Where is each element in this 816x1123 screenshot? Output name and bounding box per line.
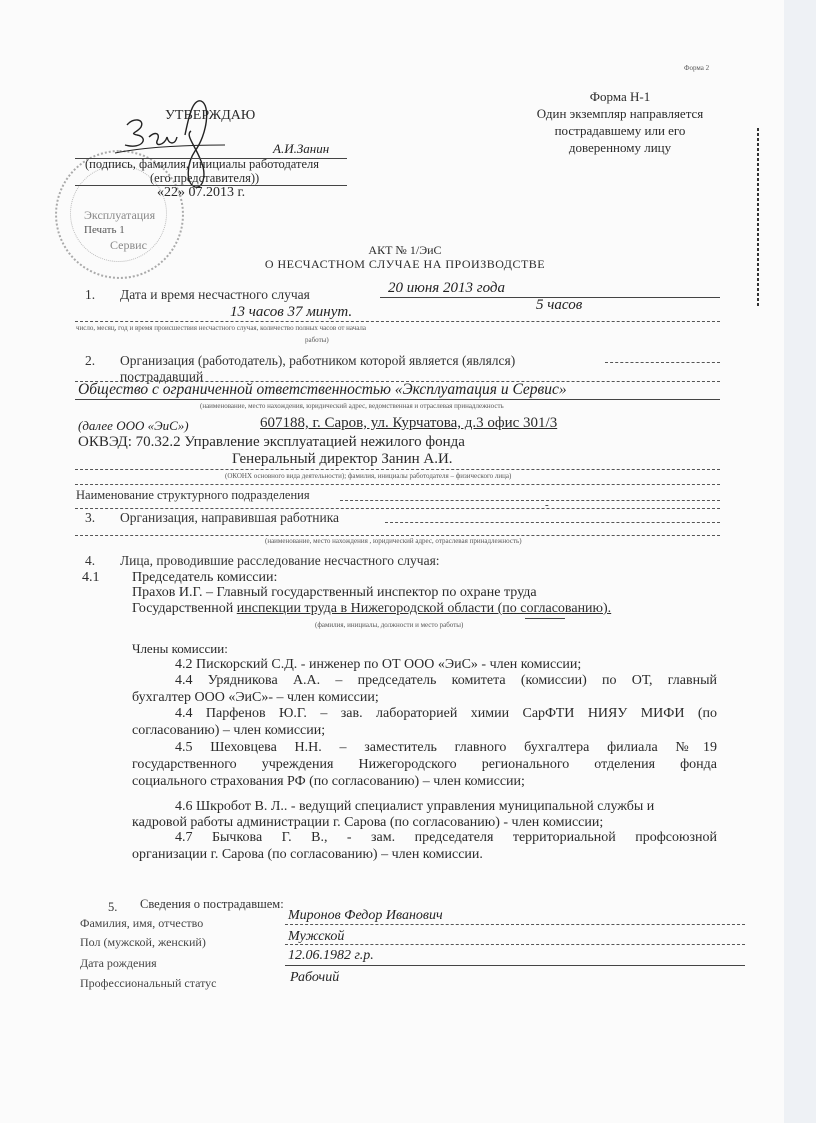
- section3-top-line: [75, 508, 720, 509]
- member-4-6-line1: 4.6 Шкробот В. Л.. - ведущий специалист …: [175, 799, 654, 815]
- victim-name-value: Миронов Федор Иванович: [288, 908, 443, 924]
- member-4-5-line1: 4.5 Шеховцева Н.Н. – заместитель главног…: [175, 740, 717, 756]
- chair-caption: (фамилия, инициалы, должности и место ра…: [315, 621, 463, 629]
- section2-number: 2.: [85, 353, 95, 369]
- section3-mark: -: [545, 499, 549, 511]
- subdivision-label: Наименование структурного подразделения: [76, 488, 310, 503]
- member-4-5-line3: социального страхования РФ (по согласова…: [132, 774, 525, 790]
- time-line: [75, 321, 720, 322]
- member-4-7-line1: 4.7 Бычкова Г. В., - зам. председателя т…: [175, 830, 717, 846]
- section5-number: 5.: [108, 900, 117, 915]
- section2-label-1: Организация (работодатель), работником к…: [120, 353, 515, 369]
- form-small-label: Форма 2: [684, 64, 709, 72]
- org-address: 607188, г. Саров, ул. Курчатова, д.3 офи…: [260, 415, 557, 432]
- section1-caption-2: работы): [305, 336, 329, 344]
- member-4-4b-line1: 4.4 Парфенов Ю.Г. – зав. лабораторией хи…: [175, 706, 717, 722]
- member-4-5-line2: государственного учреждения Нижегородско…: [132, 757, 717, 773]
- org-name: Общество с ограниченной ответственностью…: [78, 381, 567, 399]
- victim-gender-label: Пол (мужской, женский): [80, 935, 206, 950]
- scan-edge: [784, 0, 816, 1123]
- section1-number: 1.: [85, 287, 95, 303]
- act-subject: О НЕСЧАСТНОМ СЛУЧАЕ НА ПРОИЗВОДСТВЕ: [210, 257, 600, 272]
- okved-line: ОКВЭД: 70.32.2 Управление эксплуатацией …: [78, 434, 465, 451]
- section4-number: 4.: [85, 553, 95, 569]
- victim-status-value: Рабочий: [290, 970, 339, 986]
- victim-birthdate-label: Дата рождения: [80, 956, 157, 971]
- document-page: Форма 2 Форма Н-1 Один экземпляр направл…: [0, 0, 816, 1123]
- section5-label: Сведения о пострадавшем:: [140, 897, 284, 912]
- section4-sub-number: 4.1: [82, 570, 100, 586]
- scan-edge-mark: [757, 128, 759, 306]
- accident-date: 20 июня 2013 года: [388, 280, 505, 297]
- member-4-4a-line2: бухгалтер ООО «ЭиС»- – член комиссии;: [132, 690, 379, 706]
- section3-label: Организация, направившая работника: [120, 510, 339, 526]
- victim-gender-line: [285, 944, 745, 945]
- approval-date: «22» 07.2013 г.: [157, 185, 245, 201]
- member-4-4b-line2: согласованию) – член комиссии;: [132, 723, 325, 739]
- hours-worked: 5 часов: [536, 297, 582, 314]
- chair-label: Председатель комиссии:: [132, 570, 277, 586]
- chair-underline: [525, 618, 565, 619]
- section1-caption-1: число, месяц, год и время происшествия н…: [76, 324, 366, 332]
- approval-signer: А.И.Занин: [273, 141, 329, 157]
- chair-line-2: Государственной инспекции труда в Нижего…: [132, 601, 611, 617]
- director-underline: [75, 469, 720, 470]
- subdivision-line: [340, 500, 720, 501]
- section3-bottom-line: [75, 535, 720, 536]
- act-number: АКТ № 1/ЭиС: [210, 243, 600, 258]
- member-4-2: 4.2 Пискорский С.Д. - инженер по ОТ ООО …: [175, 657, 581, 673]
- distribution-line-2: пострадавшему или его: [515, 122, 725, 139]
- section2-caption-1: (наименование, место нахождения, юридиче…: [200, 402, 504, 410]
- chair-line-2b: инспекции труда в Нижегородской области …: [237, 601, 611, 616]
- section3-caption: (наименование, место нахождения , юридич…: [265, 537, 522, 545]
- section2-caption-2: (ОКОНХ основного вида деятельности); фам…: [225, 472, 511, 480]
- section1-label: Дата и время несчастного случая: [120, 287, 310, 303]
- members-label: Члены комиссии:: [132, 641, 228, 657]
- accident-time: 13 часов 37 минут.: [230, 304, 352, 321]
- org-name-line: [75, 399, 720, 400]
- section2-line-3: [75, 484, 720, 485]
- victim-birthdate-value: 12.06.1982 г.р.: [288, 948, 374, 964]
- director-line: Генеральный директор Занин А.И.: [232, 451, 453, 468]
- chair-line-1: Прахов И.Г. – Главный государственный ин…: [132, 585, 537, 601]
- distribution-line-1: Один экземпляр направляется: [515, 105, 725, 122]
- section3-line: [385, 522, 720, 523]
- chair-line-2a: Государственной: [132, 601, 237, 616]
- distribution-line-3: доверенному лицу: [515, 139, 725, 156]
- approval-caption-2: (его представителя)): [150, 171, 259, 186]
- member-4-7-line2: организации г. Сарова (по согласованию) …: [132, 847, 483, 863]
- stamp-text-3: Сервис: [110, 238, 147, 253]
- victim-status-label: Профессиональный статус: [80, 976, 217, 991]
- victim-gender-value: Мужской: [288, 929, 344, 945]
- org-short-name: (далее ООО «ЭиС»): [78, 418, 189, 434]
- victim-name-line: [285, 924, 745, 925]
- member-4-4a-line1: 4.4 Урядникова А.А. – председатель комит…: [175, 673, 717, 689]
- member-4-6-line2: кадровой работы администрации г. Сарова …: [132, 815, 603, 831]
- form-code: Форма Н-1: [515, 88, 725, 105]
- victim-name-label: Фамилия, имя, отчество: [80, 916, 203, 931]
- section2-line-1: [605, 362, 720, 363]
- victim-birthdate-line: [285, 965, 745, 966]
- stamp-text-2: Печать 1: [84, 224, 125, 236]
- form-info-block: Форма Н-1 Один экземпляр направляется по…: [515, 88, 725, 156]
- approval-caption-1: (подпись, фамилия, инициалы работодателя: [85, 157, 319, 172]
- stamp-text-1: Эксплуатация: [84, 208, 155, 223]
- section4-label: Лица, проводившие расследование несчастн…: [120, 553, 440, 569]
- section3-number: 3.: [85, 510, 95, 526]
